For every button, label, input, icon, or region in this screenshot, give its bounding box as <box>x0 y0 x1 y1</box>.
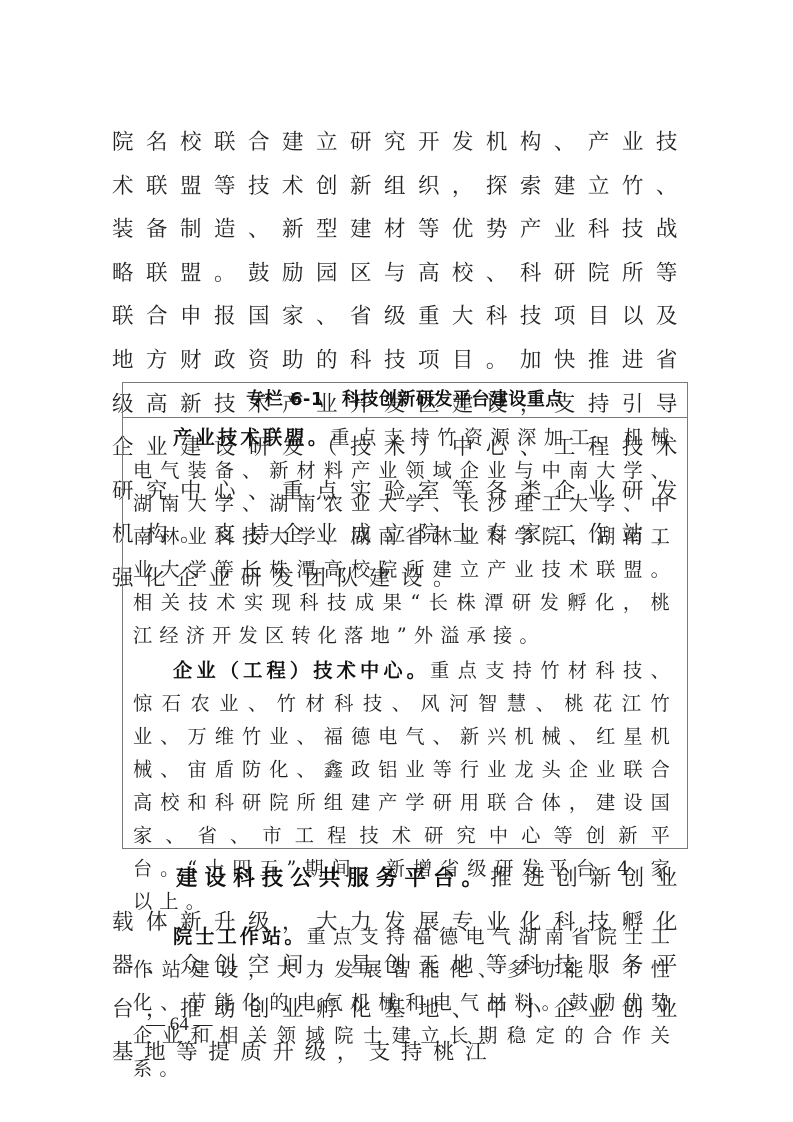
page-number: — 64 — <box>146 1014 213 1036</box>
box-item-industry-alliance: 产业技术联盟。重点支持竹资源深加工、机械电气装备、新材料产业领域企业与中南大学、… <box>133 421 677 652</box>
body-paragraph-service-platform: 建设科技公共服务平台。推进创新创业载体新升级，大力发展专业化科技孵化器、众创空间… <box>112 857 688 1075</box>
document-page: 院名校联合建立研究开发机构、产业技术联盟等技术创新组织，探索建立竹、装备制造、新… <box>0 0 793 1122</box>
box-title: 专栏 6-1科技创新研发平台建设重点 <box>123 383 687 418</box>
box-title-text: 科技创新研发平台建设重点 <box>342 389 564 410</box>
paragraph-lead: 建设科技公共服务平台。 <box>176 866 490 891</box>
box-number: 专栏 6-1 <box>246 389 324 410</box>
item-text: 重点支持竹资源深加工、机械电气装备、新材料产业领域企业与中南大学、湖南大学、湖南… <box>133 426 677 647</box>
sidebar-box-6-1: 专栏 6-1科技创新研发平台建设重点 产业技术联盟。重点支持竹资源深加工、机械电… <box>122 382 688 849</box>
item-lead: 企业（工程）技术中心。 <box>173 659 430 682</box>
item-lead: 产业技术联盟。 <box>173 426 330 449</box>
